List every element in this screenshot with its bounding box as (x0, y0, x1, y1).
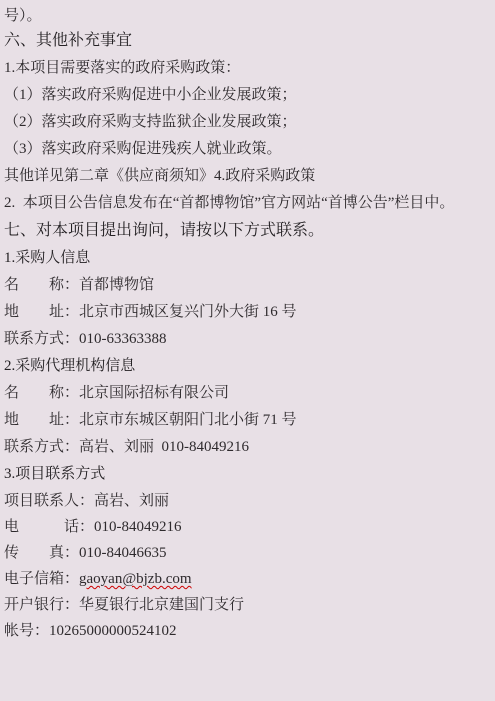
agency-name-line: 名 称：北京国际招标有限公司 (4, 380, 495, 407)
document-background: { "page": { "background_color": "#e8e0e6… (0, 0, 495, 701)
section7-heading: 七、对本项目提出询问，请按以下方式联系。 (4, 217, 495, 245)
project-phone-line: 电 话：010-84049216 (4, 514, 495, 540)
announcement-publish-line: 2. 本项目公告信息发布在“首都博物馆”官方网站“首博公告”栏目中。 (4, 190, 495, 217)
agency-info-heading: 2.采购代理机构信息 (4, 353, 495, 380)
agency-address-line: 地 址：北京市东城区朝阳门北小街 71 号 (4, 407, 495, 434)
section6-heading: 六、其他补充事宜 (4, 27, 495, 55)
document-page: 号）。 六、其他补充事宜 1.本项目需要落实的政府采购政策： （1）落实政府采购… (0, 0, 495, 701)
carryover-text-line: 号）。 (4, 5, 495, 27)
purchaser-address-line: 地 址：北京市西城区复兴门外大街 16 号 (4, 299, 495, 326)
project-contact-heading: 3.项目联系方式 (4, 461, 495, 488)
policy-item-2: （2）落实政府采购支持监狱企业发展政策； (4, 109, 495, 136)
project-contact-person-line: 项目联系人：高岩、刘丽 (4, 488, 495, 514)
account-line: 帐号：10265000000524102 (4, 618, 495, 644)
policy-reference-line: 其他详见第二章《供应商须知》4.政府采购政策 (4, 163, 495, 190)
email-address: gaoyan@bjzb.com (79, 571, 192, 587)
policy-intro-line: 1.本项目需要落实的政府采购政策： (4, 55, 495, 82)
purchaser-name-line: 名 称：首都博物馆 (4, 272, 495, 299)
agency-contact-line: 联系方式：高岩、刘丽 010-84049216 (4, 434, 495, 461)
email-label: 电子信箱： (4, 571, 79, 587)
purchaser-info-heading: 1.采购人信息 (4, 245, 495, 272)
policy-item-1: （1）落实政府采购促进中小企业发展政策； (4, 82, 495, 109)
bank-line: 开户银行：华夏银行北京建国门支行 (4, 592, 495, 618)
project-email-line: 电子信箱：gaoyan@bjzb.com (4, 566, 495, 592)
project-fax-line: 传 真：010-84046635 (4, 540, 495, 566)
purchaser-contact-line: 联系方式：010-63363388 (4, 326, 495, 353)
policy-item-3: （3）落实政府采购促进残疾人就业政策。 (4, 136, 495, 163)
